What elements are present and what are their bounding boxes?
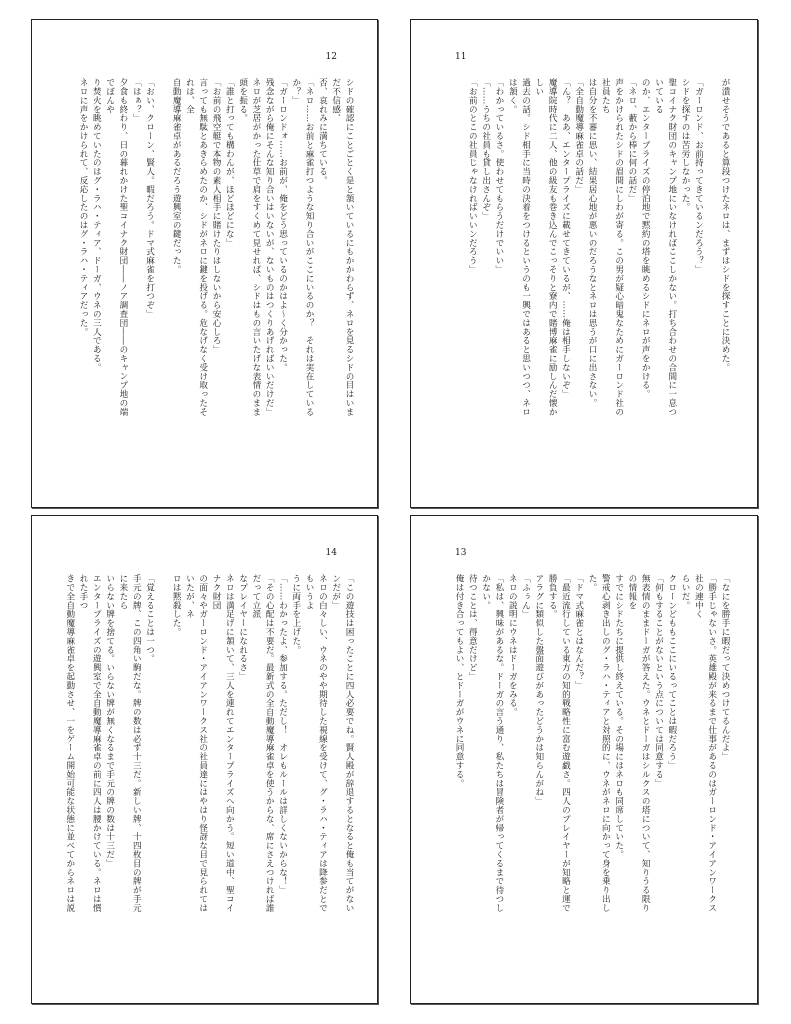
text-line: 「なにを勝手に暇だって決めつけてるんだよ」 [718, 574, 731, 919]
page-12: 12 シドの確認にことごとく是と頷いているにもかかわらず、ネロを見るシドの目はい… [31, 19, 378, 508]
text-line: きで全自動魔導麻雀卓を起動させ、一をゲーム開始可能な状態に並べてからネロは説明を… [65, 574, 76, 919]
page-11: 11 が潰せそうであると算段つけたネロは、まずはシドを探すことに決めた。「ガーロ… [410, 19, 758, 508]
page-14: 14 「この遊技は困ったことに四人必要でね。賢人殿が辞退するとなると俺も当てがな… [31, 515, 378, 1004]
page-number: 12 [326, 52, 337, 62]
text-line: 「何もすることがないという点については同意する」 [651, 574, 664, 919]
text-line: が潰せそうであると算段つけたネロは、まずはシドを探すことに決めた。 [718, 78, 731, 423]
text-line: 無表情のままドーガが答えた。ウネとドーガはシルクスの塔について、知りうる限りの情… [625, 574, 652, 919]
text-line: 「わかっているさ。使わせてもらうだけでいい」 [492, 78, 505, 423]
text-line: ネロの白々しい、ウネのやや期待した視線を受けて、グ・ラハ・ティアは降参だとでもい… [302, 574, 329, 919]
page-13: 13 「なにを勝手に暇だって決めつけてるんだよ」「勝手じゃないさ。英雄殿が来るま… [410, 515, 758, 1004]
text-line: 「……わかったよ、参加する。ただし！ オレもルールは詳しくないからな！」 [275, 574, 288, 919]
text-line: 「最近流行している東方の知的戦略性に富む遊戯さ。四人のプレイヤーが知略と運で勝負… [545, 574, 572, 919]
text-line: 否、哀れみに満ちている。 [315, 78, 328, 423]
text-line: 「全自動魔導麻雀卓の話だ」 [571, 78, 584, 423]
text-line: らいだ。 [678, 574, 691, 919]
text-line: ネロの説明にウネはドーガをみる。 [505, 574, 518, 919]
text-line: アラグに類似した盤面遊びがあったどうかは知らんがね」 [532, 574, 545, 919]
text-line: 「ドマ式麻雀とはなんだ？」 [571, 574, 584, 919]
text-line: 「お前のとこの社員じゃなければいいンだろう」 [465, 78, 478, 423]
text-line: ネロに声をかけられて、反応したのはグ・ラハ・ティアだった。 [76, 78, 89, 423]
text-line: シドの確認にことごとく是と頷いているにもかかわらず、ネロを見るシドの目はいまだ不… [328, 78, 355, 423]
text-line: 「その心配は不要だ。最新式の全自動魔導麻雀卓を使うからな、席にさえつければ誰だっ… [249, 574, 276, 919]
page-body: シドの確認にことごとく是と頷いているにもかかわらず、ネロを見るシドの目はいまだ不… [65, 78, 355, 423]
text-line: 「お前の飛空艇で本物の素人相手に賭けたりはしないから安心しろ」 [209, 78, 222, 423]
text-line: 過去の話。シド相手に当時の決着をつけるというのも一興ではあると思いつつ、ネロは頷… [505, 78, 532, 423]
text-line: 「誰と打っても構わんが、ほどほどにな」 [222, 78, 235, 423]
text-line: 自動魔導麻雀卓があるだろう遊興室の鍵だった。 [169, 78, 182, 423]
paragraph-break [156, 78, 169, 423]
text-line: ネロが芝居がかった仕草で肩をすくめて見せれば、シドはもの言いたげな表情のまま頭を… [235, 78, 262, 423]
text-line: なプレイヤーになれるさ」 [235, 574, 248, 919]
text-line: 待つことは、得意だけど」 [465, 574, 478, 919]
text-line: 残念ながら俺にそんな知り合いはいないが、ないものはつくりあげればいいだけだ」 [262, 78, 275, 423]
text-line: エンタープライズの遊興室で全自動魔導麻雀卓の前に四人は腰かけている。ネロは慣れた… [76, 574, 103, 919]
text-line: 「ん？ ああ、エンタープライズに載せてきているが、……俺は相手しないぞ」 [558, 78, 571, 423]
text-line: クローンどももここにいるってことは暇だろう」 [665, 574, 678, 919]
text-line: いらない牌を捨てる。いらない牌が無くなるまで手元の牌の数は十三だ」 [102, 574, 115, 919]
text-line: 聖コイナク財団のキャンプ地にいなければここしかない。打ち合わせの合間に一息ついて… [651, 78, 678, 423]
text-line: 「この遊技は困ったことに四人必要でね。賢人殿が辞退するとなると俺も当てがないンだ… [328, 574, 355, 919]
text-line: 手元の牌、この四角い駒だな。牌の数は必ず十三だ。新しい牌、十四枚目の牌が手元に来… [116, 574, 143, 919]
text-line: 「おい、クローン、賢人。暇だろう。ドマ式麻雀を打つぞ」 [142, 78, 155, 423]
text-line: 「はぁ？」 [129, 78, 142, 423]
text-line: は自分を不審に思い、結果居心地が悪いのだろうなとネロは思うが口に出さない。 [585, 78, 598, 423]
paragraph-break [704, 78, 717, 423]
text-line: ネロは満足げに頷いて、三人を連れてエンタープライズへ向かう。短い道中、聖コイナク… [209, 574, 236, 919]
page-body: 「なにを勝手に暇だって決めつけてるんだよ」「勝手じゃないさ。英雄殿が来るまで仕事… [441, 574, 731, 919]
text-line: 言っても無駄とあきらめたのか、シドがネロに鍵を投げる。危なげなく受け取ったそれは… [182, 78, 209, 423]
text-line: 「ふぅん」 [518, 574, 531, 919]
text-line: 「ガーロンド、お前持ってきているンだろう？」 [691, 78, 704, 423]
text-line: ロは黙殺した。 [169, 574, 182, 919]
page-number: 13 [455, 548, 466, 558]
text-line: の面々やガーロンド・アイアンワークス社の社員達にはやはり怪訝な目で見られてはいた… [182, 574, 209, 919]
text-line: 「ネロ、藪から棒に何の話だ」 [625, 78, 638, 423]
page-number: 11 [455, 52, 466, 62]
page-number: 14 [326, 548, 337, 558]
text-line: 「覚えることは一つ。 [142, 574, 155, 919]
text-line: 夕食も終わり、日の暮れかけた聖コイナク財団――ノア調査団――のキャンプ地の端でぼ… [102, 78, 129, 423]
text-line: 「ネロ……お前と麻雀打つような知り合いがここにいるのか？ それは実在しているか？… [289, 78, 316, 423]
text-line: 魔導院時代に二人、他の級友も巻き込んでこっそりと寮内で賭博麻雀に励しんだ懐かしい [532, 78, 559, 423]
text-line: うに両手を上げた。 [289, 574, 302, 919]
text-line: 警戒心剥き出しのグ・ラハ・ティアと対照的に、ウネがネロに向かって身を乗り出した。 [585, 574, 612, 919]
text-line: すでにシドたちに提供し終えている。その場にはネロも同席していた。 [611, 574, 624, 919]
text-line: 「勝手じゃないさ。英雄殿が来るまで仕事があるのはガーロンド・アイアンワークス社の… [691, 574, 718, 919]
text-line: り焚火を眺めていたのはグ・ラハ・ティア、ドーガ、ウネの三人である。 [89, 78, 102, 423]
text-line: シドを探すのは苦労しなかった。 [678, 78, 691, 423]
page-body: が潰せそうであると算段つけたネロは、まずはシドを探すことに決めた。「ガーロンド、… [441, 78, 731, 423]
text-line: 声をかけられたシドの眉間にしわが寄る。この男が疑心暗鬼なためにガーロンド社の社員… [598, 78, 625, 423]
text-line: 「ガーロンドォ……お前が、俺をどう思っているのかはよ～く分かった。 [275, 78, 288, 423]
paragraph-break [156, 574, 169, 919]
text-line: 俺は付き合ってもよい、とドーガがウネに同意する。 [452, 574, 465, 919]
text-line: 「私は、興味があるな。ドーガの言う通り、私たちは冒険者が帰ってくるまで待つしかな… [478, 574, 505, 919]
page-body: 「この遊技は困ったことに四人必要でね。賢人殿が辞退するとなると俺も当てがないンだ… [65, 574, 355, 919]
text-line: のか、エンタープライズの停泊地で黙約の塔を眺めるシドにネロが声をかける。 [638, 78, 651, 423]
text-line: 「……うちの社員も貸し出さんぞ」 [478, 78, 491, 423]
